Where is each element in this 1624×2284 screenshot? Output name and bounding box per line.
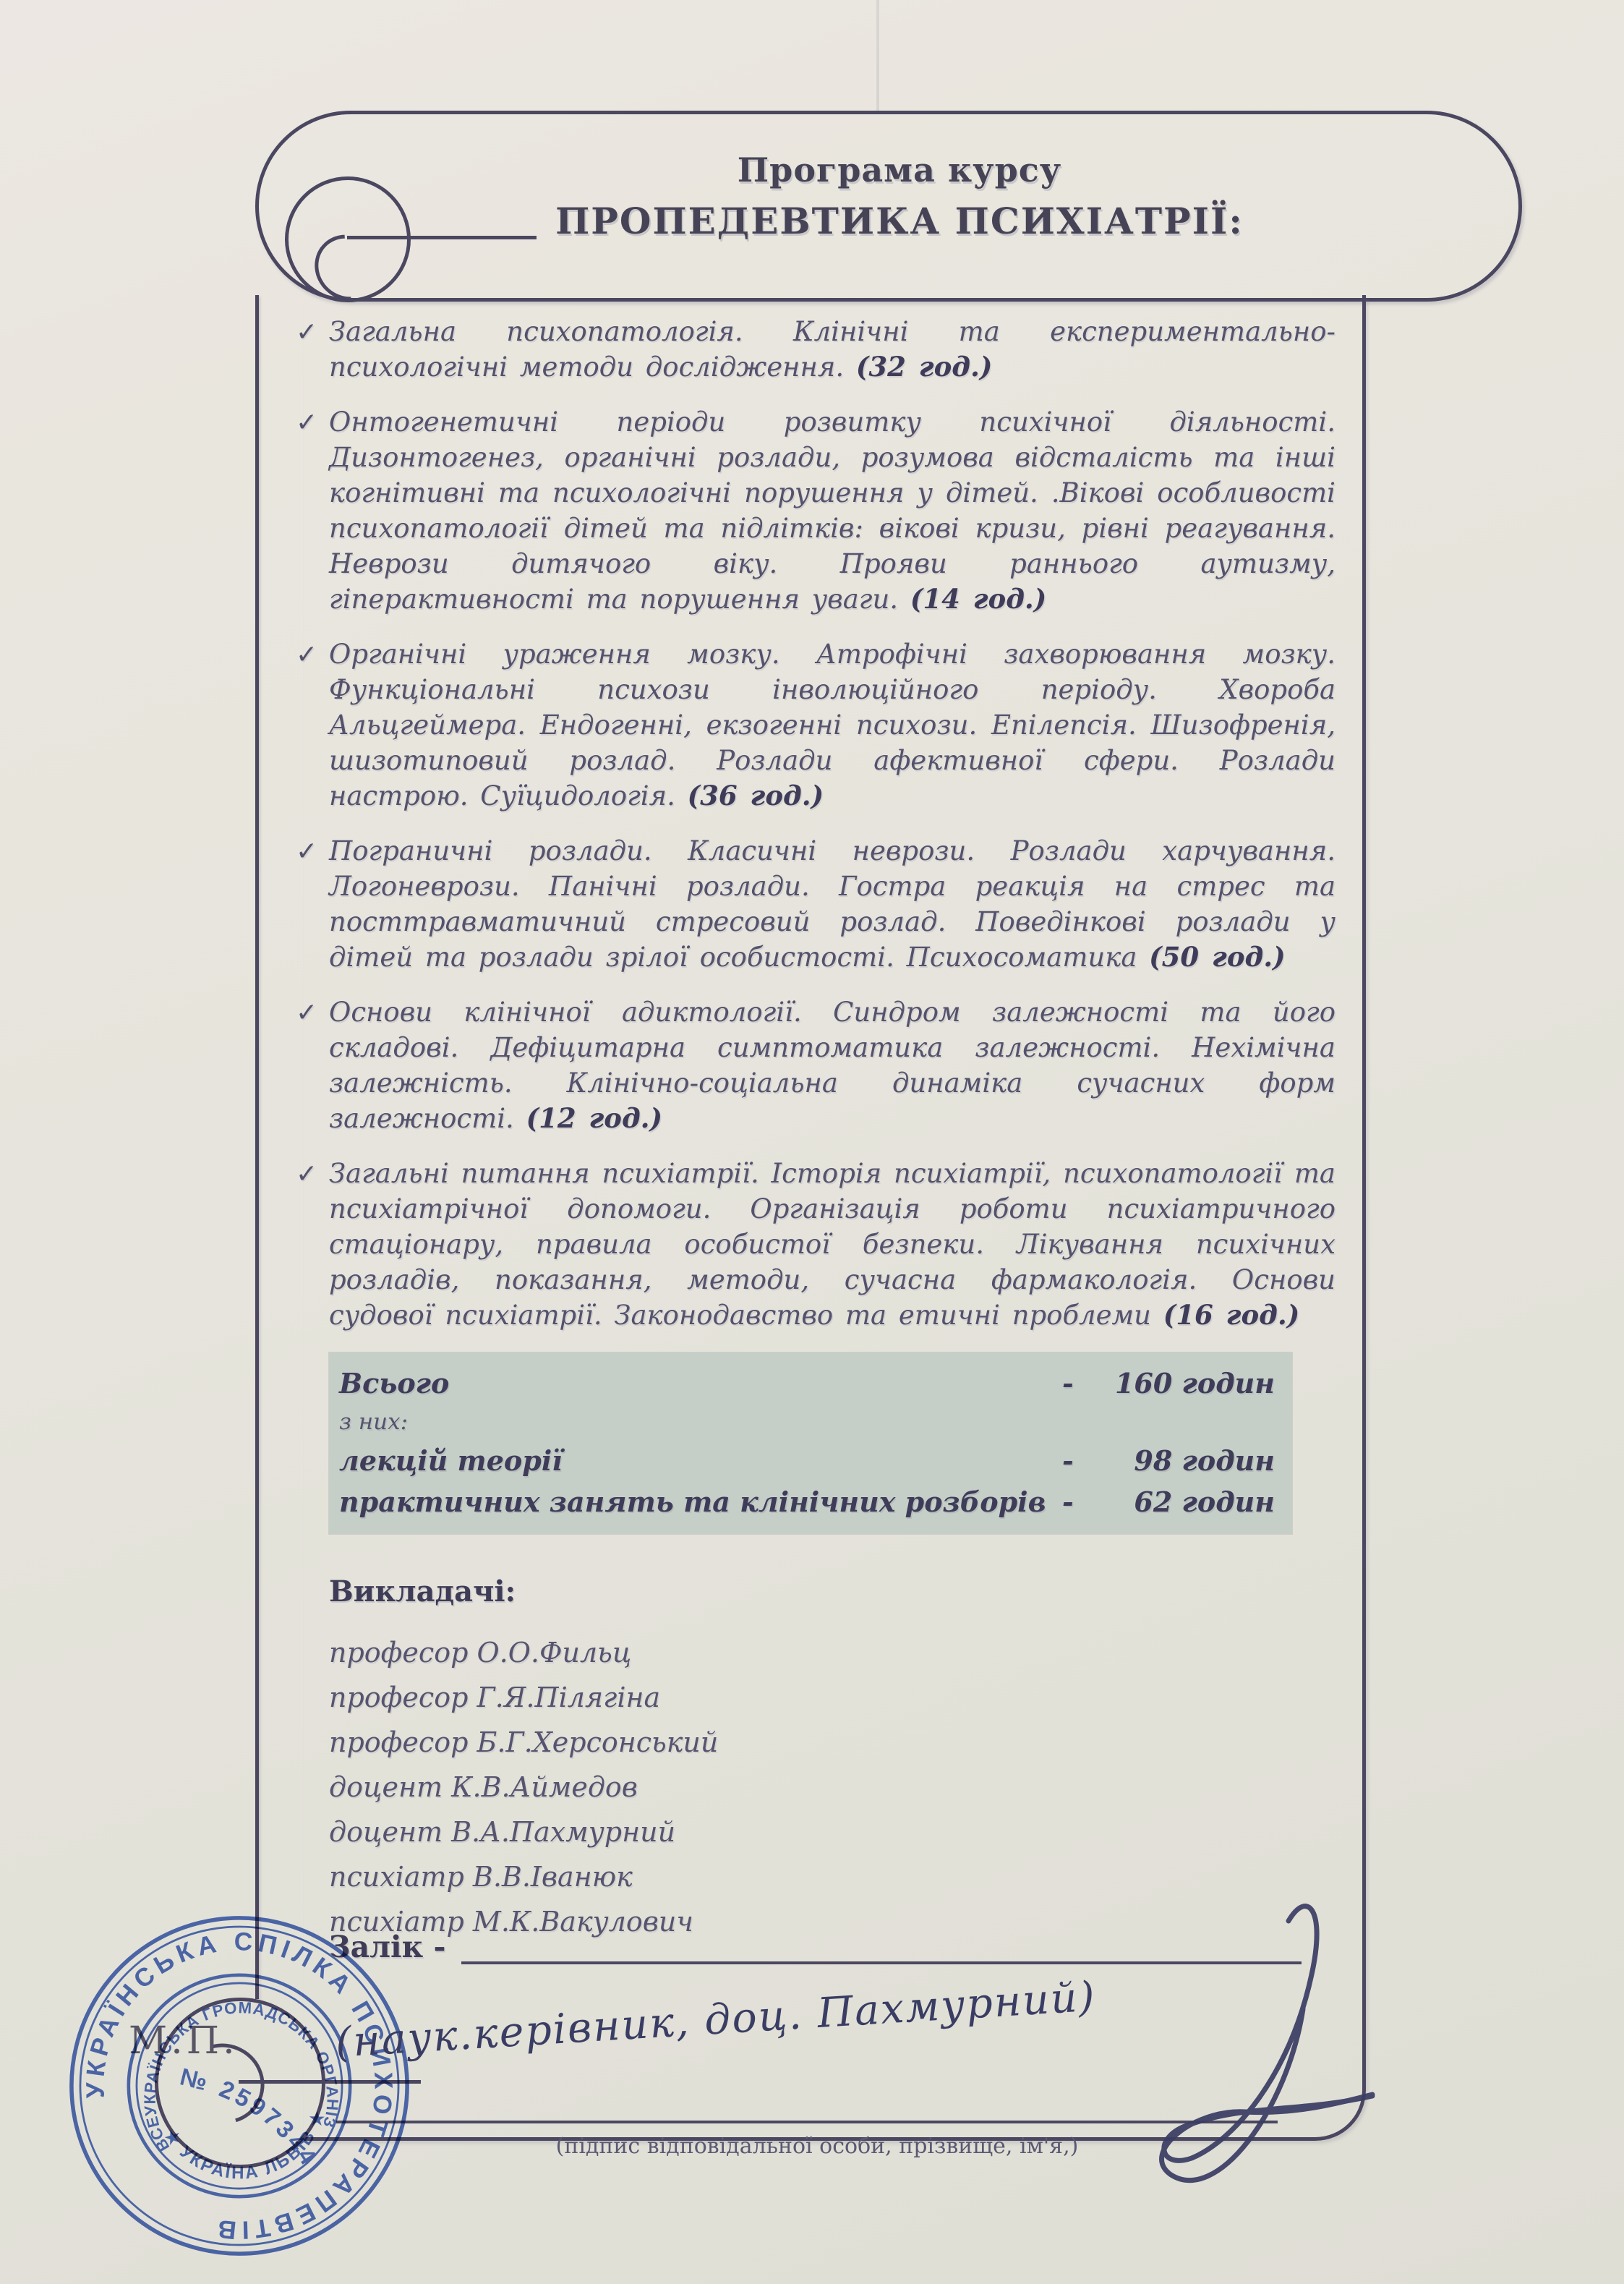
summary-dash: - [1062, 1481, 1093, 1522]
topic-item: ✓ Загальна психопатологія. Клінічні та е… [329, 314, 1335, 385]
check-icon: ✓ [296, 315, 317, 350]
topic-hours: (36 год.) [688, 780, 824, 811]
topic-item: ✓ Органічні ураження мозку. Атрофічні за… [329, 636, 1335, 814]
signature-flourish [976, 1879, 1381, 2186]
topic-hours: (14 год.) [910, 583, 1046, 615]
round-stamp: УКРАЇНСЬКА СПІЛКА ПСИХОТЕРАПЕВТІВ ВСЕУКР… [38, 1885, 440, 2284]
course-title-line1: Програма курсу [302, 150, 1497, 189]
instructor-item: професор Г.Я.Пілягіна [329, 1675, 1335, 1720]
frame-left-border [255, 295, 259, 1999]
topic-hours: (16 год.) [1163, 1299, 1299, 1331]
summary-row-of-which: з них: [339, 1404, 1275, 1440]
hours-summary-block: Всього - 160 годин з них: лекцій теорії … [329, 1352, 1292, 1534]
summary-dash: - [1062, 1440, 1093, 1481]
check-icon: ✓ [296, 1156, 317, 1192]
course-title-line2: ПРОПЕДЕВТИКА ПСИХІАТРІЇ: [302, 200, 1497, 242]
summary-label: з них: [339, 1404, 1062, 1440]
summary-row-lectures: лекцій теорії - 98 годин [339, 1440, 1275, 1481]
summary-dash: - [1062, 1363, 1093, 1404]
check-icon: ✓ [296, 995, 317, 1031]
topic-hours: (50 год.) [1149, 941, 1285, 973]
instructors-heading: Викладачі: [329, 1574, 1335, 1608]
topic-text: Загальна психопатологія. Клінічні та екс… [329, 316, 1335, 383]
topic-text: Онтогенетичні періоди розвитку психічної… [329, 406, 1335, 615]
instructor-item: професор О.О.Фильц [329, 1630, 1335, 1675]
topic-hours: (32 год.) [856, 351, 992, 383]
check-icon: ✓ [296, 637, 317, 673]
summary-value: 160 годин [1093, 1363, 1275, 1404]
topic-item: ✓ Основи клінічної адиктології. Синдром … [329, 994, 1335, 1136]
check-icon: ✓ [296, 834, 317, 869]
instructor-item: професор Б.Г.Херсонський [329, 1720, 1335, 1765]
topic-item: ✓ Пограничні розлади. Класичні неврози. … [329, 833, 1335, 975]
topic-hours: (12 год.) [526, 1102, 662, 1134]
topic-text: Органічні ураження мозку. Атрофічні захв… [329, 639, 1335, 811]
topic-list: ✓ Загальна психопатологія. Клінічні та е… [329, 314, 1335, 1333]
instructor-item: доцент К.В.Аймедов [329, 1765, 1335, 1810]
summary-label: Всього [339, 1363, 1062, 1404]
paper-crease [876, 0, 879, 114]
topic-item: ✓ Загальні питання психіатрії. Історія п… [329, 1156, 1335, 1333]
summary-value: 62 годин [1093, 1481, 1275, 1522]
topic-item: ✓ Онтогенетичні періоди розвитку психічн… [329, 404, 1335, 617]
instructor-item: доцент В.А.Пахмурний [329, 1810, 1335, 1854]
summary-label: лекцій теорії [339, 1440, 1062, 1481]
summary-value: 98 годин [1093, 1440, 1275, 1481]
summary-row-total: Всього - 160 годин [339, 1363, 1275, 1404]
check-icon: ✓ [296, 405, 317, 440]
title-banner: Програма курсу ПРОПЕДЕВТИКА ПСИХІАТРІЇ: [255, 111, 1522, 302]
summary-label: практичних занять та клінічних розборів [339, 1481, 1062, 1522]
topic-text: Основи клінічної адиктології. Синдром за… [329, 997, 1335, 1134]
summary-row-practice: практичних занять та клінічних розборів … [339, 1481, 1275, 1522]
page-title: Програма курсу ПРОПЕДЕВТИКА ПСИХІАТРІЇ: [302, 150, 1497, 242]
course-program-content: ✓ Загальна психопатологія. Клінічні та е… [329, 314, 1335, 1944]
